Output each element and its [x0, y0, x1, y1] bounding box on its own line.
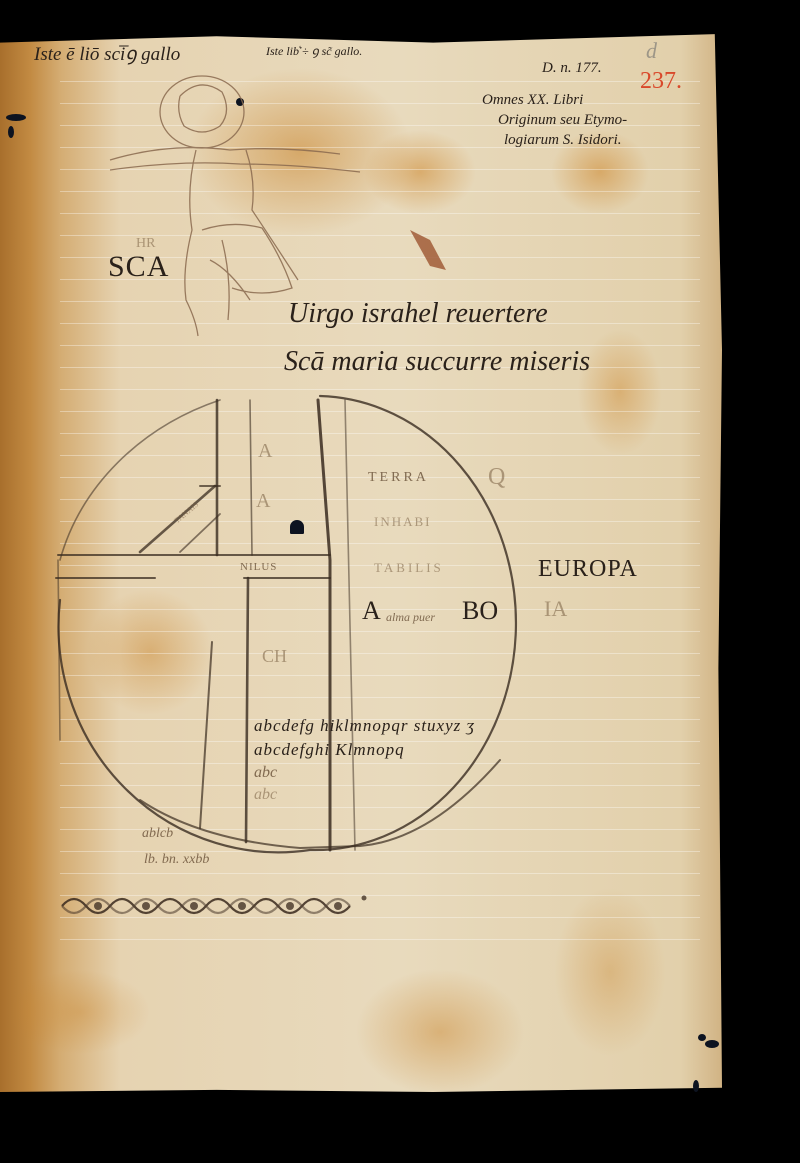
contents-note-line-3: logiarum S. Isidori. [504, 132, 622, 149]
hole-map [290, 520, 304, 534]
map-label-a-top: A [258, 440, 272, 463]
contents-note-line-2: Originum seu Etymo- [498, 112, 627, 129]
figure-label: SCA [108, 250, 169, 284]
map-label-terra: TERRA [368, 470, 429, 486]
hole-right-3 [693, 1080, 699, 1092]
map-label-asia-a: A [362, 596, 381, 626]
hole-left-1 [6, 114, 26, 121]
pen-trial-line-5: ablcb [142, 826, 173, 842]
hole-left-2 [8, 126, 14, 138]
pen-trial-line-4: abc [254, 786, 277, 804]
map-label-europa-under: IA [544, 596, 567, 622]
contents-note-line-1: Omnes XX. Libri [482, 92, 583, 109]
map-label-europa: EUROPA [538, 556, 638, 583]
pen-trial-line-1: abcdefg hiklmnopqr stuxyz ʒ [254, 716, 475, 736]
hole-top-1 [236, 98, 244, 106]
old-shelfmark: D. n. 177. [542, 60, 602, 77]
map-label-bo: BO [462, 596, 498, 626]
pen-trial-line-6: lb. bn. xxbb [144, 852, 209, 868]
map-label-nilus: NILUS [240, 561, 277, 573]
ownership-note-right: Iste lib͛ ÷ ꝯ sc̃ gallo. [266, 42, 362, 59]
ownership-note-left: Iste ē liō sci̅ꝯ gallo [34, 40, 180, 66]
map-label-a-middle: A [256, 490, 270, 513]
pencil-mark: d [646, 38, 657, 64]
map-label-q: Q [488, 464, 505, 491]
pen-trial-line-3: abc [254, 764, 277, 782]
hole-right-2 [705, 1040, 719, 1048]
main-text-line-1: Uirgo israhel reuertere [288, 298, 548, 330]
pen-trial-line-2: abcdefghi Klmnopq [254, 740, 405, 760]
map-label-tabilis: TABILIS [374, 560, 444, 576]
map-label-ch: CH [262, 646, 287, 667]
map-label-alma-puer: alma puer [386, 610, 435, 625]
hole-right-1 [698, 1034, 706, 1041]
main-text-line-2: Scā maria succurre miseris [284, 346, 590, 378]
page-number: 237. [640, 68, 682, 95]
map-label-inhabi: INHABI [374, 514, 432, 530]
